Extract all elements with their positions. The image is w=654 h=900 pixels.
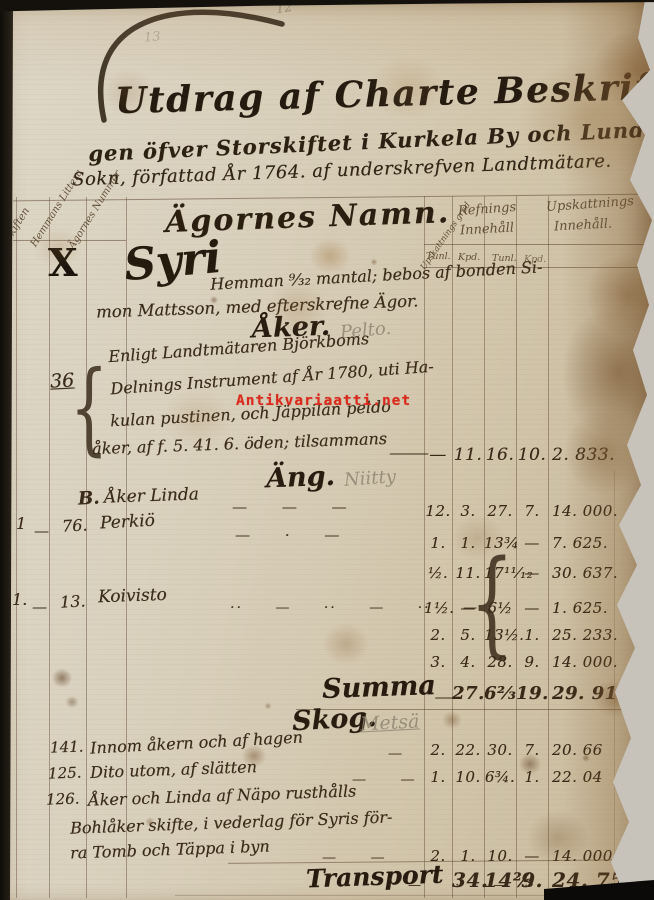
cell-grad: 12. <box>424 502 452 520</box>
table-row-141: 2. 22. 30. 7. 20. 66 <box>0 741 654 765</box>
row-skifte-number: 1 <box>16 514 26 533</box>
cell-refn-kpd: 14⅔ <box>484 868 516 892</box>
cell-upsk-tunl: — <box>516 564 548 582</box>
cell-grad: 1. <box>424 534 452 552</box>
cell-refn-kpd: 10. <box>484 847 516 865</box>
cell-upsk-tunl: 7. <box>516 741 548 759</box>
cell-grad: 2. <box>424 741 452 759</box>
cell-upsk-tunl: 19. <box>516 683 548 704</box>
cell-value: 20. 66 <box>552 741 650 759</box>
cell-value: 1. 625. <box>552 599 650 617</box>
cell-refn-tunl: 1. <box>452 847 484 865</box>
cell-value: 22. 04 <box>552 768 650 786</box>
cell-upsk-tunl: 1. <box>516 626 548 644</box>
cell-refn-kpd: 30. <box>484 741 516 759</box>
cell-upsk-tunl: 9. <box>516 653 548 671</box>
paper-sheet: 12 13 Utdrag af Charte Beskrifnin- gen ö… <box>0 0 654 900</box>
cell-value: 25. 233. <box>552 626 650 644</box>
cell-upsk-tunl: — <box>516 534 548 552</box>
column-header-refnings-innehall: Innehåll <box>460 221 515 239</box>
cell-grad: — <box>424 445 452 465</box>
bottom-rule <box>175 895 560 896</box>
scanned-document-page: 12 13 Utdrag af Charte Beskrifnin- gen ö… <box>0 0 654 900</box>
cell-upsk-tunl: — <box>516 599 548 617</box>
title-flourish-stroke <box>42 2 292 132</box>
pencil-annotation-metsa: Metsä <box>359 710 419 735</box>
cell-value: 7. 625. <box>552 534 650 552</box>
cell-grad: 1. <box>424 768 452 786</box>
watermark: Antikvariaatti.net <box>236 393 411 409</box>
pencil-annotation-niitty: Niitty <box>343 466 396 491</box>
cell-refn-tunl: — <box>452 599 484 617</box>
cell-refn-tunl: 4. <box>452 653 484 671</box>
cell-value: 14. 000. <box>552 502 650 520</box>
cell-refn-tunl: 34. <box>452 868 484 892</box>
cell-value: 14. 000 <box>552 847 650 865</box>
cell-refn-tunl: 11. <box>452 445 484 465</box>
cell-refn-kpd: 6¾. <box>484 768 516 786</box>
cell-value: 2. 833. <box>552 445 650 465</box>
cell-grad: 1½. <box>424 599 452 617</box>
cell-refn-tunl: 27. <box>452 683 484 704</box>
cell-refn-tunl: 22. <box>452 741 484 759</box>
cell-upsk-tunl: 10. <box>516 445 548 465</box>
cell-refn-kpd: 16. <box>484 445 516 465</box>
cell-refn-tunl: 5. <box>452 626 484 644</box>
section-heading-ang: Äng. <box>265 461 335 494</box>
cell-refn-kpd: 6⅔ <box>484 683 516 704</box>
right-header-rule <box>424 244 648 245</box>
cell-upsk-tunl: 1. <box>516 768 548 786</box>
cell-grad: 3. <box>424 653 452 671</box>
unit-label-tunnland: Tunl. <box>426 251 451 262</box>
cell-grad: ½. <box>424 564 452 582</box>
column-rule <box>614 470 615 890</box>
cell-upsk-tunl: 7. <box>516 502 548 520</box>
cell-value: 14. 000. <box>552 653 650 671</box>
cell-refn-kpd: 13½. <box>484 626 516 644</box>
cell-grad: 2. <box>424 626 452 644</box>
farm-name: Syri <box>122 232 223 291</box>
cell-value: 30. 637. <box>552 564 650 582</box>
aker-note-line-1: Enligt Landtmätaren Björkboms <box>108 329 370 366</box>
table-row-perkio: 1. 1. 13¾ — 7. 625. <box>0 534 654 558</box>
table-row: 1½. — 6½ — 1. 625. <box>0 599 654 623</box>
row-label-perkio: Perkiö <box>100 511 156 534</box>
column-header-upskattnings-innehall: Innehåll. <box>554 216 613 234</box>
cell-upsk-tunl: — <box>516 847 548 865</box>
table-row-aker-linda: 12. 3. 27. 7. 14. 000. <box>0 502 654 526</box>
cell-refn-kpd: 28. <box>484 653 516 671</box>
cell-value: 29. 910. <box>552 683 650 704</box>
row-agornes-nummer: 126. <box>46 789 80 808</box>
column-header-upskattnings: Upskattnings <box>546 194 635 215</box>
table-row: 2. 5. 13½. 1. 25. 233. <box>0 626 654 650</box>
row-label-126-line-2: Bohlåker skifte, i vederlag för Syris fö… <box>70 807 393 837</box>
cell-refn-tunl: 3. <box>452 502 484 520</box>
column-header-refnings: Refnings <box>458 200 517 219</box>
littera-mark: X <box>48 240 77 285</box>
cell-refn-kpd: 6½ <box>484 599 516 617</box>
farm-description-line-1: Hemman ⁹⁄₃₂ mantal; bebos af bonden Si- <box>210 257 543 293</box>
cell-refn-tunl: 10. <box>452 768 484 786</box>
cell-upsk-tunl: 9. <box>516 868 548 892</box>
cell-refn-kpd: 27. <box>484 502 516 520</box>
table-row: ½. 11. 17¹¹⁄₁₂ — 30. 637. <box>0 564 654 588</box>
row-agornes-nummer: 76. <box>62 515 88 535</box>
